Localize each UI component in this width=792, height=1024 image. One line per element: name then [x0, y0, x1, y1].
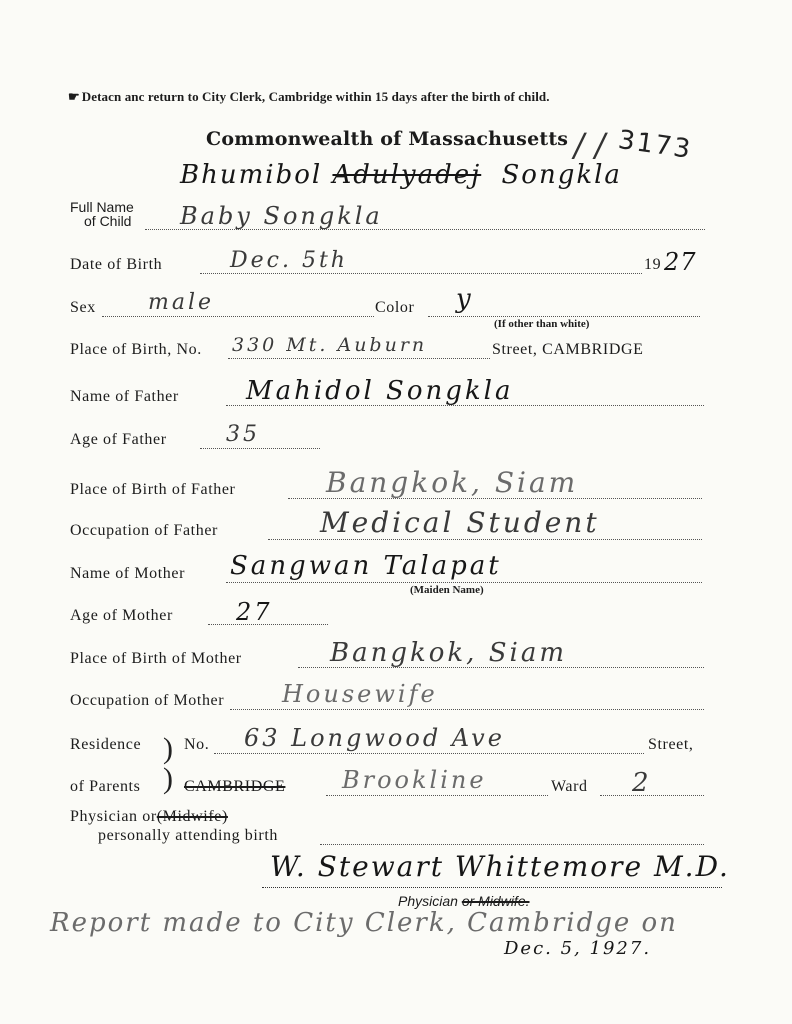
- residence-street-value: 63 Longwood Ave: [244, 724, 505, 752]
- place-of-birth-label: Place of Birth, No.: [70, 341, 202, 359]
- date-of-birth-label: Date of Birth: [70, 256, 162, 274]
- sex-line: [102, 316, 374, 317]
- ward-label: Ward: [551, 778, 588, 796]
- residence-brace-bottom: ): [163, 764, 173, 794]
- father-name-label: Name of Father: [70, 388, 179, 406]
- residence-label-line2: of Parents: [70, 778, 140, 796]
- mother-birthplace-label: Place of Birth of Mother: [70, 650, 242, 668]
- name-annotation-last: Songkla: [501, 160, 621, 190]
- color-value: y: [456, 284, 474, 314]
- mother-age-label: Age of Mother: [70, 607, 173, 625]
- full-name-label: Full Name of Child: [70, 200, 144, 228]
- full-name-value: Baby Songkla: [180, 202, 383, 230]
- physician-label-struck: (Midwife): [157, 808, 228, 825]
- sex-label: Sex: [70, 299, 96, 317]
- full-name-label-line2: of Child: [70, 214, 144, 228]
- residence-city-value: Brookline: [342, 766, 487, 794]
- signature-caption-prefix: Physician: [398, 893, 458, 909]
- father-age-line: [200, 448, 320, 449]
- mother-birthplace-value: Bangkok, Siam: [330, 638, 567, 668]
- father-birthplace-value: Bangkok, Siam: [326, 466, 578, 499]
- ward-line: [600, 795, 704, 796]
- mother-name-label: Name of Mother: [70, 565, 185, 583]
- color-label: Color: [375, 299, 414, 317]
- residence-brace-top: ): [163, 734, 173, 764]
- registration-number: 3173: [616, 125, 694, 165]
- name-annotation: Bhumibol Adulyadej Songkla: [180, 160, 622, 190]
- father-occupation-value: Medical Student: [320, 506, 600, 539]
- physician-label-prefix: Physician or: [70, 808, 157, 825]
- place-of-birth-line: [228, 358, 490, 359]
- mother-age-value: 27: [236, 598, 273, 626]
- father-occupation-label: Occupation of Father: [70, 522, 218, 540]
- physician-signature: W. Stewart Whittemore M.D.: [270, 850, 730, 883]
- mother-name-value: Sangwan Talapat: [230, 551, 502, 581]
- birth-year-suffix: 27: [664, 248, 697, 276]
- form-title: Commonwealth of Massachusetts: [206, 128, 568, 150]
- maiden-name-note: (Maiden Name): [410, 584, 484, 596]
- ward-value: 2: [632, 768, 652, 798]
- residence-label-line1: Residence: [70, 736, 141, 754]
- color-line: [428, 316, 700, 317]
- physician-label-line2: personally attending birth: [98, 827, 278, 845]
- signature-line: [262, 887, 722, 888]
- handwritten-slashes: / /: [571, 126, 609, 164]
- date-of-birth-line: [200, 273, 642, 274]
- color-note: (If other than white): [494, 318, 589, 330]
- date-of-birth-value: Dec. 5th: [230, 248, 348, 273]
- father-occupation-line: [268, 539, 702, 540]
- father-name-value: Mahidol Songkla: [246, 376, 514, 406]
- name-annotation-struck: Adulyadej: [332, 160, 481, 190]
- name-annotation-first: Bhumibol: [180, 160, 322, 190]
- residence-city-struck: CAMBRIDGE: [184, 778, 285, 796]
- physician-label-line1: Physician or(Midwife): [70, 808, 228, 826]
- signature-caption-struck: or Midwife.: [462, 893, 530, 909]
- physician-line: [320, 844, 704, 845]
- residence-street-suffix: Street,: [648, 736, 694, 754]
- pointing-hand-icon: ☛: [68, 89, 80, 104]
- return-notice-text: Detacn anc return to City Clerk, Cambrid…: [82, 89, 550, 104]
- report-note: Report made to City Clerk, Cambridge on: [50, 908, 678, 938]
- residence-no-label: No.: [184, 736, 209, 754]
- mother-occupation-line: [230, 709, 704, 710]
- residence-street-line: [214, 753, 644, 754]
- place-of-birth-value: 330 Mt. Auburn: [232, 334, 427, 356]
- birth-year-prefix: 19: [644, 256, 661, 274]
- father-birthplace-label: Place of Birth of Father: [70, 481, 235, 499]
- place-of-birth-suffix: Street, CAMBRIDGE: [492, 341, 644, 359]
- father-age-label: Age of Father: [70, 431, 167, 449]
- return-notice: ☛Detacn anc return to City Clerk, Cambri…: [68, 89, 550, 105]
- report-date: Dec. 5, 1927.: [504, 938, 651, 959]
- signature-caption: Physician or Midwife.: [398, 893, 530, 909]
- residence-city-line: [326, 795, 548, 796]
- full-name-label-line1: Full Name: [70, 200, 144, 214]
- mother-occupation-value: Housewife: [282, 680, 438, 708]
- sex-value: male: [148, 290, 214, 315]
- father-age-value: 35: [226, 422, 260, 447]
- mother-name-line: [226, 582, 702, 583]
- mother-occupation-label: Occupation of Mother: [70, 692, 224, 710]
